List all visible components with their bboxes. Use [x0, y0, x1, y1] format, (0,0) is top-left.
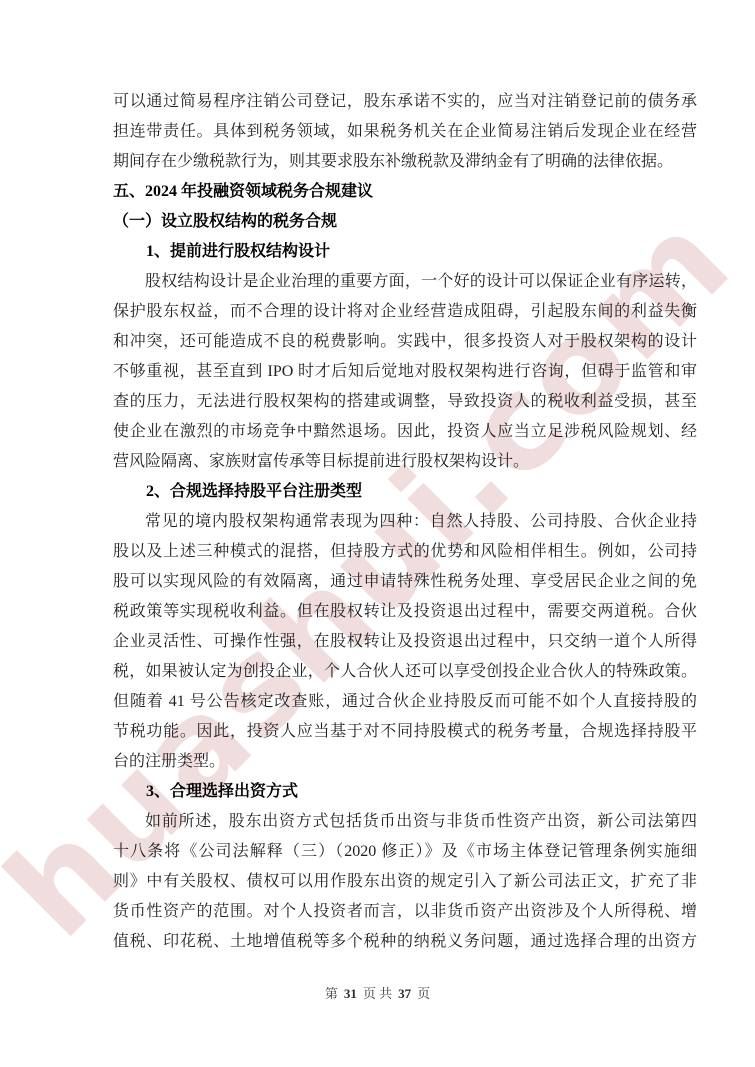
heading-line: （一）设立股权结构的税务合规: [113, 207, 697, 237]
document-page: huashui.com 可以通过简易程序注销公司登记，股东承诺不实的，应当对注销…: [0, 0, 755, 1067]
text-line: 担连带责任。具体到税务领域，如果税务机关在企业简易注销后发现企业在经营: [113, 117, 697, 147]
heading-line: 2、合规选择持股平台注册类型: [113, 477, 697, 507]
text-line: 税，如果被认定为创投企业，个人合伙人还可以享受创投企业合伙人的特殊政策。: [113, 657, 697, 687]
text-line: 值税、印花税、土地增值税等多个税种的纳税义务问题，通过选择合理的出资方: [113, 927, 697, 957]
total-pages: 37: [398, 986, 411, 1001]
text-line: 查的压力，无法进行股权架构的搭建或调整，导致投资人的税收利益受损，甚至: [113, 387, 697, 417]
text-line: 税政策等实现税收利益。但在股权转让及投资退出过程中，需要交两道税。合伙: [113, 597, 697, 627]
document-body: 可以通过简易程序注销公司登记，股东承诺不实的，应当对注销登记前的债务承担连带责任…: [113, 87, 697, 957]
text-line: 货币性资产的范围。对个人投资者而言，以非货币资产出资涉及个人所得税、增: [113, 897, 697, 927]
footer-suffix: 页: [417, 986, 430, 1001]
text-line: 保护股东权益，而不合理的设计将对企业经营造成阻碍，引起股东间的利益失衡: [113, 297, 697, 327]
text-line: 股以及上述三种模式的混搭，但持股方式的优势和风险相伴相生。例如，公司持: [113, 537, 697, 567]
heading-line: 1、提前进行股权结构设计: [113, 237, 697, 267]
text-line: 不够重视，甚至直到 IPO 时才后知后觉地对股权架构进行咨询，但碍于监管和审: [113, 357, 697, 387]
heading-line: 五、2024 年投融资领域税务合规建议: [113, 177, 697, 207]
text-line: 和冲突，还可能造成不良的税费影响。实践中，很多投资人对于股权架构的设计: [113, 327, 697, 357]
text-line: 常见的境内股权架构通常表现为四种：自然人持股、公司持股、合伙企业持: [113, 507, 697, 537]
text-line: 台的注册类型。: [113, 747, 697, 777]
text-line: 如前所述，股东出资方式包括货币出资与非货币性资产出资，新公司法第四: [113, 807, 697, 837]
page-footer: 第31页 共37页: [0, 983, 755, 1002]
text-line: 股可以实现风险的有效隔离，通过申请特殊性税务处理、享受居民企业之间的免: [113, 567, 697, 597]
text-line: 企业灵活性、可操作性强，在股权转让及投资退出过程中，只交纳一道个人所得: [113, 627, 697, 657]
page-number: 31: [344, 986, 357, 1001]
text-line: 节税功能。因此，投资人应当基于对不同持股模式的税务考量，合规选择持股平: [113, 717, 697, 747]
text-line: 但随着 41 号公告核定改查账，通过合伙企业持股反而可能不如个人直接持股的: [113, 687, 697, 717]
footer-middle: 页 共: [363, 986, 392, 1001]
text-line: 十八条将《公司法解释（三）（2020 修正）》及《市场主体登记管理条例实施细: [113, 837, 697, 867]
heading-line: 3、合理选择出资方式: [113, 777, 697, 807]
footer-prefix: 第: [325, 986, 338, 1001]
text-line: 使企业在激烈的市场竞争中黯然退场。因此，投资人应当立足涉税风险规划、经: [113, 417, 697, 447]
text-line: 营风险隔离、家族财富传承等目标提前进行股权架构设计。: [113, 447, 697, 477]
text-line: 股权结构设计是企业治理的重要方面，一个好的设计可以保证企业有序运转，: [113, 267, 697, 297]
text-line: 则》中有关股权、债权可以用作股东出资的规定引入了新公司法正文，扩充了非: [113, 867, 697, 897]
text-line: 可以通过简易程序注销公司登记，股东承诺不实的，应当对注销登记前的债务承: [113, 87, 697, 117]
text-line: 期间存在少缴税款行为，则其要求股东补缴税款及滞纳金有了明确的法律依据。: [113, 147, 697, 177]
